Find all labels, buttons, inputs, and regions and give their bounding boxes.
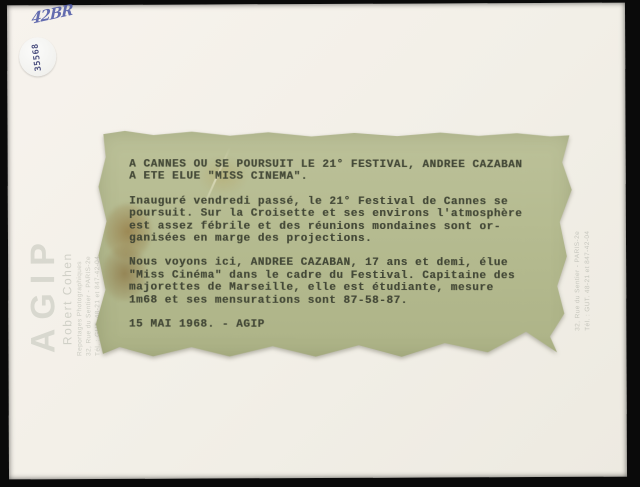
archive-sticker: 35568 — [19, 37, 56, 76]
caption-strip: A CANNES OU SE POURSUIT LE 21° FESTIVAL,… — [96, 130, 574, 360]
watermark-address-line: 32, Rue du Sentier - PARIS-2e — [85, 191, 93, 356]
caption-line: 1m68 et ses mensurations sont 87-58-87. — [129, 294, 554, 307]
agency-address-watermark-right: 32, Rue du Sentier - PARIS-2e Tél. : GUT… — [574, 181, 592, 331]
photo-back-paper: AGIP Robert Cohen Reportages Photographi… — [7, 3, 627, 480]
caption-paragraph: Inauguré vendredi passé, le 21° Festival… — [129, 195, 554, 245]
archive-number: 35568 — [31, 42, 44, 71]
caption-line: ganisées en marge des projections. — [129, 233, 554, 246]
caption-line: Nous voyons ici, ANDREE CAZABAN, 17 ans … — [129, 257, 554, 270]
caption-line: poursuit. Sur la Croisette et ses enviro… — [129, 208, 554, 221]
caption-strip-wrapper: A CANNES OU SE POURSUIT LE 21° FESTIVAL,… — [96, 130, 574, 360]
photo-scan: AGIP Robert Cohen Reportages Photographi… — [0, 0, 640, 487]
caption-paragraph: Nous voyons ici, ANDREE CAZABAN, 17 ans … — [129, 257, 554, 307]
caption-title: A CANNES OU SE POURSUIT LE 21° FESTIVAL,… — [129, 159, 554, 185]
watermark-address-line: Tél. : GUT. 48-21 et 847-42-04 — [584, 181, 592, 331]
caption-line: A CANNES OU SE POURSUIT LE 21° FESTIVAL,… — [129, 159, 554, 172]
photographer-watermark: Robert Cohen — [60, 195, 75, 345]
caption-line: "Miss Cinéma" dans le cadre du Festival.… — [129, 269, 554, 282]
caption-dateline: 15 MAI 1968. - AGIP — [129, 319, 554, 332]
caption-line: 15 MAI 1968. - AGIP — [129, 319, 554, 332]
watermark-address-line: 32, Rue du Sentier - PARIS-2e — [574, 181, 582, 331]
handwritten-reference: 42BR — [31, 0, 73, 27]
watermark-address-line: Reportages Photographiques — [76, 191, 84, 356]
caption-line: Inauguré vendredi passé, le 21° Festival… — [129, 195, 554, 208]
caption-line: est assez fébrile et des réunions mondai… — [129, 220, 554, 233]
agency-watermark: AGIP — [24, 163, 64, 353]
typewritten-caption: A CANNES OU SE POURSUIT LE 21° FESTIVAL,… — [129, 159, 554, 344]
caption-line: A ETE ELUE "MISS CINEMA". — [129, 171, 554, 184]
caption-line: majorettes de Marseille, elle est étudia… — [129, 282, 554, 295]
